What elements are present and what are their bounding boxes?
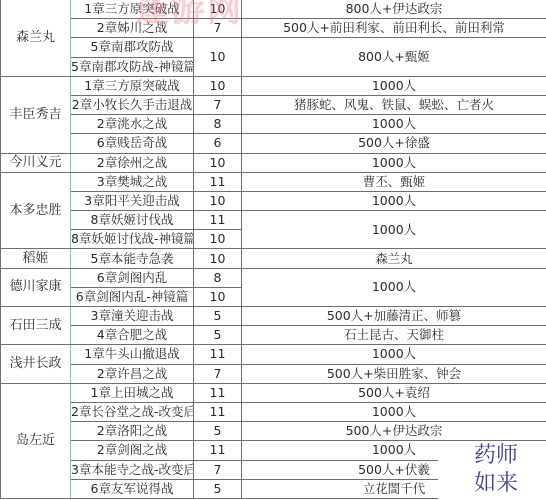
- stage-cell: 6章友军说得战: [71, 479, 194, 498]
- level-cell: 7: [194, 19, 242, 38]
- stamp-line-1: 药师: [474, 442, 546, 470]
- level-cell: 11: [194, 172, 242, 191]
- character-cell: 今川义元: [1, 153, 71, 172]
- table-container: 森兰丸1章三方原突破战10800人+伊达政宗2章姊川之战7500人+前田利家、前…: [0, 0, 546, 499]
- stage-cell: 3章樊城之战: [71, 172, 194, 191]
- enemies-cell: 500人+伊达政宗: [242, 422, 546, 441]
- level-cell: 6: [194, 134, 242, 153]
- stage-cell: 2章长谷堂之战-改变后: [71, 402, 194, 421]
- level-cell: 10: [194, 230, 242, 249]
- table-row: 今川义元2章徐州之战101000人: [1, 153, 546, 172]
- enemies-cell: 800人+伊达政宗: [242, 0, 546, 19]
- level-cell: 11: [194, 211, 242, 230]
- level-cell: 10: [194, 76, 242, 95]
- table-row: 2章许昌之战7500人+柴田胜家、钟会: [1, 364, 546, 383]
- level-cell: 10: [194, 287, 242, 306]
- level-cell: 11: [194, 402, 242, 421]
- stage-cell: 5章南郡攻防战: [71, 38, 194, 57]
- enemies-cell: 森兰丸: [242, 249, 546, 268]
- stage-cell: 3章阳平关迎击战: [71, 191, 194, 210]
- level-cell: 8: [194, 268, 242, 287]
- table-row: 8章妖姬讨伐战111000人: [1, 211, 546, 230]
- character-cell: 岛左近: [1, 383, 71, 498]
- stage-cell: 6章剑阁内乱-神镜篇: [71, 287, 194, 306]
- stage-cell: 8章妖姬讨伐战-神镜篇: [71, 230, 194, 249]
- level-cell: 10: [194, 0, 242, 19]
- enemies-cell: 1000人: [242, 268, 546, 306]
- stage-cell: 6章剑阁内乱: [71, 268, 194, 287]
- stage-cell: 8章妖姬讨伐战: [71, 211, 194, 230]
- level-cell: 5: [194, 422, 242, 441]
- enemies-cell: 1000人: [242, 191, 546, 210]
- stage-cell: 1章三方原突破战: [71, 76, 194, 95]
- table-row: 石田三成3章潼关迎击战5500人+加藤清正、师篡: [1, 307, 546, 326]
- level-cell: 7: [194, 95, 242, 114]
- table-row: 2章洛阳之战5500人+伊达政宗: [1, 422, 546, 441]
- enemies-cell: 500人+前田利家、前田利长、前田利常: [242, 19, 546, 38]
- level-cell: 5: [194, 307, 242, 326]
- enemies-cell: 1000人: [242, 345, 546, 364]
- stage-cell: 2章剑阁之战: [71, 441, 194, 460]
- enemies-cell: 石土昆古、天御柱: [242, 326, 546, 345]
- character-cell: 德川家康: [1, 268, 71, 306]
- character-cell: 本多忠胜: [1, 172, 71, 249]
- level-cell: 10: [194, 38, 242, 76]
- stage-cell: 2章洛阳之战: [71, 422, 194, 441]
- stage-cell: 3章潼关迎击战: [71, 307, 194, 326]
- enemies-cell: 猪豚蛇、风鬼、铁鼠、蜈蚣、亡者火: [242, 95, 546, 114]
- stage-cell: 2章洮水之战: [71, 115, 194, 134]
- character-cell: 石田三成: [1, 307, 71, 345]
- stage-cell: 5章南郡攻防战-神镜篇: [71, 57, 194, 76]
- stage-cell: 1章牛头山撤退战: [71, 345, 194, 364]
- stage-cell: 3章本能寺之战-改变后: [71, 460, 194, 479]
- table-row: 森兰丸1章三方原突破战10800人+伊达政宗: [1, 0, 546, 19]
- character-cell: 浅井长政: [1, 345, 71, 383]
- corner-stamp: 药师 如来: [438, 442, 546, 500]
- level-cell: 11: [194, 345, 242, 364]
- table-row: 丰臣秀吉1章三方原突破战101000人: [1, 76, 546, 95]
- table-row: 4章合肥之战5石土昆古、天御柱: [1, 326, 546, 345]
- table-row: 本多忠胜3章樊城之战11曹丕、甄姬: [1, 172, 546, 191]
- enemies-cell: 500人+徐盛: [242, 134, 546, 153]
- level-cell: 8: [194, 115, 242, 134]
- enemy-table: 森兰丸1章三方原突破战10800人+伊达政宗2章姊川之战7500人+前田利家、前…: [0, 0, 546, 499]
- stage-cell: 4章合肥之战: [71, 326, 194, 345]
- table-row: 稻姬5章本能寺急袭10森兰丸: [1, 249, 546, 268]
- table-body: 森兰丸1章三方原突破战10800人+伊达政宗2章姊川之战7500人+前田利家、前…: [1, 0, 546, 498]
- enemies-cell: 1000人: [242, 402, 546, 421]
- table-row: 浅井长政1章牛头山撤退战111000人: [1, 345, 546, 364]
- stage-cell: 1章三方原突破战: [71, 0, 194, 19]
- level-cell: 10: [194, 249, 242, 268]
- table-row: 2章小牧长久手击退战7猪豚蛇、风鬼、铁鼠、蜈蚣、亡者火: [1, 95, 546, 114]
- table-row: 2章洮水之战81000人: [1, 115, 546, 134]
- enemies-cell: 曹丕、甄姬: [242, 172, 546, 191]
- character-cell: 丰臣秀吉: [1, 76, 71, 153]
- enemies-cell: 500人+柴田胜家、钟会: [242, 364, 546, 383]
- enemies-cell: 1000人: [242, 76, 546, 95]
- level-cell: 5: [194, 479, 242, 498]
- character-cell: 稻姬: [1, 249, 71, 268]
- enemies-cell: 500人+袁绍: [242, 383, 546, 402]
- stage-cell: 2章徐州之战: [71, 153, 194, 172]
- character-cell: 森兰丸: [1, 0, 71, 76]
- table-row: 6章贱岳奇战6500人+徐盛: [1, 134, 546, 153]
- table-row: 德川家康6章剑阁内乱81000人: [1, 268, 546, 287]
- table-row: 2章姊川之战7500人+前田利家、前田利长、前田利常: [1, 19, 546, 38]
- stage-cell: 2章姊川之战: [71, 19, 194, 38]
- table-row: 岛左近1章上田城之战11500人+袁绍: [1, 383, 546, 402]
- level-cell: 5: [194, 326, 242, 345]
- stage-cell: 2章许昌之战: [71, 364, 194, 383]
- enemies-cell: 1000人: [242, 115, 546, 134]
- stage-cell: 6章贱岳奇战: [71, 134, 194, 153]
- table-row: 5章南郡攻防战10800人+甄姬: [1, 38, 546, 57]
- level-cell: 10: [194, 191, 242, 210]
- table-row: 3章阳平关迎击战101000人: [1, 191, 546, 210]
- level-cell: 11: [194, 383, 242, 402]
- enemies-cell: 1000人: [242, 153, 546, 172]
- stamp-line-2: 如来: [474, 470, 546, 498]
- stage-cell: 5章本能寺急袭: [71, 249, 194, 268]
- level-cell: 11: [194, 441, 242, 460]
- stage-cell: 2章小牧长久手击退战: [71, 95, 194, 114]
- level-cell: 7: [194, 364, 242, 383]
- stage-cell: 1章上田城之战: [71, 383, 194, 402]
- level-cell: 7: [194, 460, 242, 479]
- enemies-cell: 1000人: [242, 211, 546, 249]
- level-cell: 10: [194, 153, 242, 172]
- enemies-cell: 800人+甄姬: [242, 38, 546, 76]
- table-row: 2章长谷堂之战-改变后111000人: [1, 402, 546, 421]
- enemies-cell: 500人+加藤清正、师篡: [242, 307, 546, 326]
